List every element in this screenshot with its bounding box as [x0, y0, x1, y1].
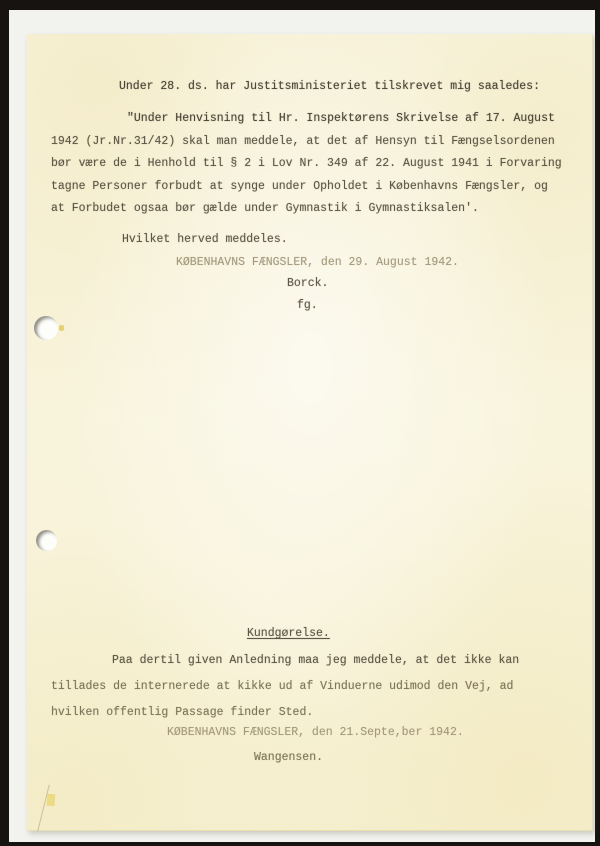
section2-body-line: tillades de internerede at kikke ud af V…: [51, 679, 513, 695]
tape-fleck: [47, 794, 56, 807]
section1-signature: Borck.: [287, 276, 328, 292]
scanned-document-page: Under 28. ds. har Justitsministeriet til…: [0, 0, 600, 846]
paper-sheet: Under 28. ds. har Justitsministeriet til…: [27, 34, 593, 831]
punch-hole-bottom: [36, 530, 57, 551]
section2-heading: Kundgørelse.: [247, 626, 330, 642]
section2-body-line: Paa dertil given Anledning maa jeg medde…: [112, 653, 519, 669]
section1-quote-line: bør være de i Henhold til § 2 i Lov Nr. …: [51, 156, 562, 172]
section1-quote-line: tagne Personer forbudt at synge under Op…: [51, 179, 548, 195]
section2-body-line: hvilken offentlig Passage finder Sted.: [51, 705, 313, 721]
paper-crease: [37, 785, 50, 832]
section1-quote-line: 1942 (Jr.Nr.31/42) skal man meddele, at …: [51, 134, 555, 150]
section2-signature: Wangensen.: [254, 750, 323, 766]
section1-closing-line: Hvilket herved meddeles.: [122, 232, 288, 248]
section1-quote-line: at Forbudet ogsaa bør gælde under Gymnas…: [51, 201, 479, 217]
section1-quote-line: "Under Henvisning til Hr. Inspektørens S…: [127, 111, 555, 127]
punch-hole-top: [34, 316, 58, 340]
scanner-mat: Under 28. ds. har Justitsministeriet til…: [9, 10, 595, 842]
section2-dateline: KØBENHAVNS FÆNGSLER, den 21.Septe,ber 19…: [167, 725, 464, 741]
section1-signature-suffix: fg.: [297, 298, 318, 314]
section1-dateline: KØBENHAVNS FÆNGSLER, den 29. August 1942…: [176, 255, 459, 271]
paper-speck: [59, 325, 64, 331]
section1-intro-line: Under 28. ds. har Justitsministeriet til…: [119, 79, 540, 95]
